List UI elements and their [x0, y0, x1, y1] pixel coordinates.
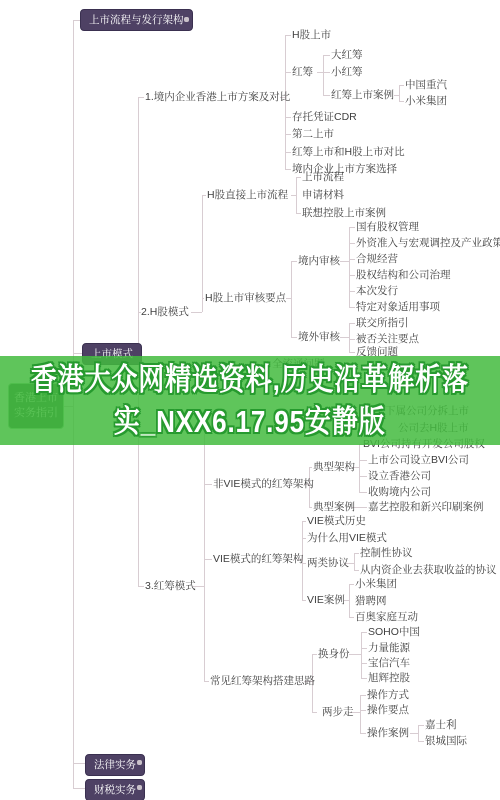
connector-line [360, 733, 366, 734]
connector-line [291, 337, 297, 338]
connector-line [204, 681, 209, 682]
node-common-path[interactable]: 常见红筹架构搭建思路 [210, 675, 315, 687]
topic-listing-process-node[interactable]: 上市流程与发行架构 [80, 9, 193, 31]
node-soho[interactable]: SOHO中国 [368, 626, 420, 638]
connector-line [361, 678, 367, 679]
node-plan[interactable]: 1.境内企业香港上市方案及对比 [145, 91, 290, 103]
connector-line [340, 337, 349, 338]
connector-line [349, 307, 355, 308]
collapse-indicator[interactable] [184, 17, 189, 22]
node-redchip-mode[interactable]: 3.红筹模式 [145, 580, 196, 592]
connector-line [349, 227, 355, 228]
node-domestic[interactable]: 境内审核 [298, 255, 340, 267]
connector-line [323, 95, 330, 96]
connector-line [285, 152, 291, 153]
node-compare[interactable]: 红筹上市和H股上市对比 [292, 146, 405, 158]
node-yincheng[interactable]: 银城国际 [425, 735, 467, 747]
connector-line [204, 559, 212, 560]
connector-line [354, 553, 359, 554]
connector-line [394, 95, 399, 96]
connector-line [359, 476, 367, 477]
node-materials[interactable]: 申请材料 [302, 189, 344, 201]
watermark-banner: 香港大众网精选资料,历史沿革解析落 实_NXX6.17.95安静版 [0, 356, 500, 445]
connector-line [349, 584, 354, 585]
mindmap-stage: 1.境内企业香港上市方案及对比H股上市红筹大红筹小红筹红筹上市案例中国重汽小米集… [0, 0, 500, 800]
node-small-redchip[interactable]: 小红筹 [331, 66, 363, 78]
node-cdr[interactable]: 存托凭证CDR [292, 111, 357, 123]
connector-line [302, 600, 306, 601]
node-baiao[interactable]: 百奥家庭互动 [355, 611, 418, 623]
connector-line [285, 72, 291, 73]
connector-line [418, 725, 424, 726]
connector-line [340, 261, 349, 262]
node-typical-case[interactable]: 典型案例 [313, 501, 355, 513]
connector-line [360, 695, 366, 696]
connector-line [349, 339, 355, 340]
connector-line [323, 55, 324, 95]
node-rejected[interactable]: 被否关注要点 [356, 333, 419, 345]
connector-line [349, 291, 355, 292]
node-bvi-setup[interactable]: 上市公司设立BVI公司 [368, 454, 469, 466]
node-baoxin-auto[interactable]: 宝信汽车 [368, 657, 410, 669]
node-acquire-domestic[interactable]: 收购境内公司 [368, 486, 431, 498]
node-equity[interactable]: 股权结构和公司治理 [356, 269, 451, 281]
node-hkex[interactable]: 联交所指引 [356, 317, 409, 329]
node-power-energy[interactable]: 力量能源 [368, 642, 410, 654]
connector-line [296, 177, 297, 213]
collapse-indicator[interactable] [137, 760, 142, 765]
connector-line [360, 710, 366, 711]
connector-line [349, 352, 355, 353]
connector-line [349, 654, 361, 655]
node-jiashili[interactable]: 嘉士利 [425, 719, 457, 731]
connector-line [191, 312, 202, 313]
node-income-agreement[interactable]: 从内资企业去获取收益的协议 [360, 564, 497, 576]
connector-line [302, 521, 306, 522]
connector-line [285, 134, 291, 135]
node-vie-arch[interactable]: VIE模式的红筹架构 [213, 553, 303, 565]
connector-line [312, 654, 317, 655]
topic-tax-node[interactable]: 财税实务 [85, 779, 145, 800]
node-h-direct[interactable]: H股直接上市流程 [207, 189, 288, 201]
connector-line [349, 275, 355, 276]
node-h-listing[interactable]: H股上市 [292, 29, 331, 41]
connector-line [399, 101, 404, 102]
node-issuance[interactable]: 本次发行 [356, 285, 398, 297]
connector-line [202, 195, 203, 312]
node-h-mode[interactable]: 2.H股模式 [141, 306, 189, 318]
connector-line [291, 261, 297, 262]
node-cifi-holdings[interactable]: 旭辉控股 [368, 672, 410, 684]
connector-line [323, 55, 330, 56]
connector-line [359, 444, 360, 492]
node-specific[interactable]: 特定对象适用事项 [356, 301, 440, 313]
connector-line [359, 492, 367, 493]
node-vie-cases[interactable]: VIE案例 [307, 594, 345, 606]
node-jiayi-case[interactable]: 嘉艺控股和新兴印刷案例 [368, 501, 484, 513]
connector-line [138, 586, 144, 587]
node-sinotruk[interactable]: 中国重汽 [405, 79, 447, 91]
connector-line [309, 507, 312, 508]
connector-line [73, 763, 85, 764]
connector-line [399, 85, 400, 101]
connector-line [73, 788, 85, 789]
connector-line [361, 648, 367, 649]
connector-line [323, 72, 330, 73]
node-vie-history[interactable]: VIE模式历史 [307, 515, 366, 527]
node-foreign[interactable]: 外资准入与宏观调控及产业政策 [356, 237, 500, 249]
watermark-text-line2: 实_NXX6.17.95安静版 [114, 401, 386, 443]
connector-line [286, 298, 291, 299]
connector-line [418, 725, 419, 741]
connector-line [349, 323, 355, 324]
connector-line [296, 177, 301, 178]
node-op-points[interactable]: 操作要点 [367, 704, 409, 716]
node-non-vie[interactable]: 非VIE模式的红筹架构 [213, 478, 314, 490]
node-big-redchip[interactable]: 大红筹 [331, 49, 363, 61]
connector-line [349, 584, 350, 617]
connector-line [361, 632, 362, 678]
node-control-agreement[interactable]: 控制性协议 [360, 547, 413, 559]
connector-line [291, 261, 292, 337]
connector-line [399, 85, 404, 86]
node-two-agreements[interactable]: 两类协议 [307, 557, 349, 569]
node-secondary[interactable]: 第二上市 [292, 128, 334, 140]
connector-line [349, 227, 350, 307]
node-identity-change[interactable]: 换身份 [318, 648, 350, 660]
connector-line [138, 97, 144, 98]
node-typical-arch[interactable]: 典型架构 [313, 461, 355, 473]
node-soe[interactable]: 国有股权管理 [356, 221, 419, 233]
connector-line [361, 632, 367, 633]
connector-line [312, 712, 317, 713]
connector-line [296, 213, 301, 214]
connector-line [359, 460, 367, 461]
connector-line [349, 259, 355, 260]
topic-legal-node[interactable]: 法律实务 [85, 754, 145, 776]
node-redchip[interactable]: 红筹 [292, 66, 313, 78]
connector-line [291, 195, 296, 196]
node-list-flow[interactable]: 上市流程 [302, 171, 344, 183]
connector-line [354, 553, 355, 570]
node-xiaomi-case[interactable]: 小米集团 [405, 95, 447, 107]
node-op-method[interactable]: 操作方式 [367, 689, 409, 701]
node-xiaomi-vie[interactable]: 小米集团 [355, 578, 397, 590]
connector-line [138, 97, 139, 586]
node-liepin[interactable]: 猎聘网 [355, 595, 387, 607]
connector-line [204, 484, 212, 485]
connector-line [354, 570, 359, 571]
connector-line [202, 298, 204, 299]
collapse-indicator[interactable] [137, 785, 142, 790]
connector-line [302, 538, 306, 539]
connector-line [361, 663, 367, 664]
node-why-vie[interactable]: 为什么用VIE模式 [307, 532, 387, 544]
connector-line [349, 243, 355, 244]
node-overseas[interactable]: 境外审核 [298, 331, 340, 343]
connector-line [204, 411, 205, 681]
connector-line [285, 35, 291, 36]
connector-line [360, 695, 361, 733]
connector-line [285, 169, 291, 170]
node-redchip-cases[interactable]: 红筹上市案例 [331, 89, 394, 101]
node-hk-setup[interactable]: 设立香港公司 [368, 470, 431, 482]
node-op-cases[interactable]: 操作案例 [367, 727, 409, 739]
connector-line [202, 195, 206, 196]
node-h-review[interactable]: H股上市审核要点 [205, 292, 286, 304]
watermark-text-line1: 香港大众网精选资料,历史沿革解析落 [31, 359, 469, 401]
node-two-steps[interactable]: 两步走 [322, 706, 354, 718]
connector-line [309, 467, 312, 468]
connector-line [349, 617, 354, 618]
node-legend-case[interactable]: 联想控股上市案例 [302, 207, 386, 219]
connector-line [410, 733, 418, 734]
connector-line [418, 741, 424, 742]
connector-line [349, 323, 350, 352]
connector-line [285, 117, 291, 118]
node-compliance[interactable]: 合规经营 [356, 253, 398, 265]
